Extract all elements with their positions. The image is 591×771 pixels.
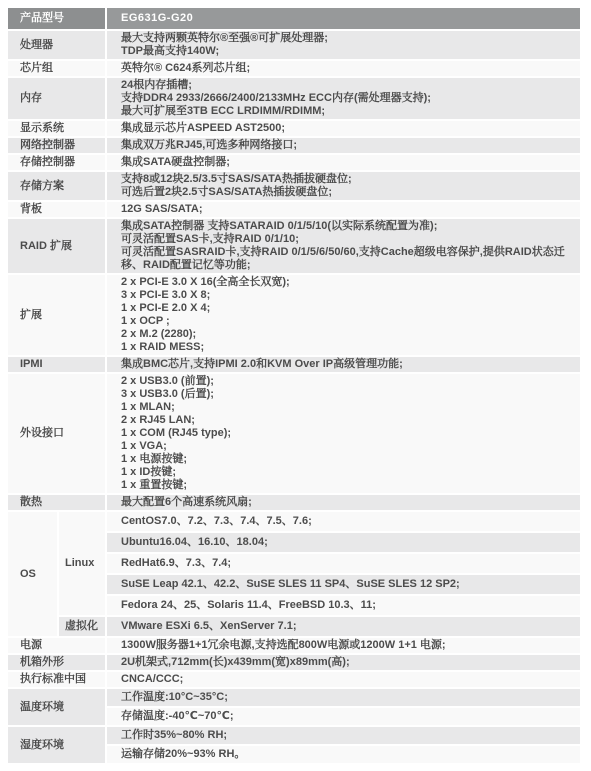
value-line: 最大可扩展至3TB ECC LRDIMM/RDIMM; xyxy=(121,105,572,118)
row-value: 12G SAS/SATA; xyxy=(107,202,580,217)
row-value: 最大配置6个高速系统风扇; xyxy=(107,495,580,510)
spec-row: 外设接口2 x USB3.0 (前置);3 x USB3.0 (后置);1 x … xyxy=(8,374,580,493)
os-value-subrow: Ubuntu16.04、16.10、18.04; xyxy=(107,533,580,552)
row-label: 散热 xyxy=(8,495,105,510)
value-line: 可选后置2块2.5寸SAS/SATA热插拔硬盘位; xyxy=(121,186,572,199)
value-line: 2U机架式,712mm(长)x439mm(宽)x89mm(高); xyxy=(121,656,572,669)
row-value: 最大支持两颗英特尔®至强®可扩展处理器;TDP最高支持140W; xyxy=(107,31,580,59)
value-subrow: 存储温度:-40℃~70℃; xyxy=(107,708,580,725)
row-label: 执行标准中国 xyxy=(8,672,105,687)
value-line: 1 x 重置按键; xyxy=(121,479,572,492)
os-group-label: 虚拟化 xyxy=(59,617,105,636)
value-line: 1 x ID按键; xyxy=(121,466,572,479)
row-subrows: 工作温度:10°C~35°C;存储温度:-40℃~70℃; xyxy=(107,689,580,725)
spec-row: 显示系统集成显示芯片ASPEED AST2500; xyxy=(8,121,580,136)
row-label: 处理器 xyxy=(8,31,105,59)
os-group-rows: VMware ESXi 6.5、XenServer 7.1; xyxy=(107,617,580,636)
os-value-subrow: SuSE Leap 42.1、42.2、SuSE SLES 11 SP4、SuS… xyxy=(107,575,580,594)
row-label: 温度环境 xyxy=(8,689,105,725)
row-label: 内存 xyxy=(8,78,105,119)
row-label: 电源 xyxy=(8,638,105,653)
value-line: 1 x 电源按键; xyxy=(121,453,572,466)
spec-row: 机箱外形2U机架式,712mm(长)x439mm(宽)x89mm(高); xyxy=(8,655,580,670)
spec-row: 处理器最大支持两颗英特尔®至强®可扩展处理器;TDP最高支持140W; xyxy=(8,31,580,59)
row-label: 显示系统 xyxy=(8,121,105,136)
row-value: 2 x PCI-E 3.0 X 16(全高全长双宽);3 x PCI-E 3.0… xyxy=(107,275,580,355)
spec-row: 网络控制器集成双万兆RJ45,可选多种网络接口; xyxy=(8,138,580,153)
spec-row: 芯片组英特尔® C624系列芯片组; xyxy=(8,61,580,76)
spec-row: OSLinuxCentOS7.0、7.2、7.3、7.4、7.5、7.6;Ubu… xyxy=(8,512,580,636)
product-spec-table: 产品型号 EG631G-G20 处理器最大支持两颗英特尔®至强®可扩展处理器;T… xyxy=(8,8,580,763)
row-label: 芯片组 xyxy=(8,61,105,76)
os-group-rows: CentOS7.0、7.2、7.3、7.4、7.5、7.6;Ubuntu16.0… xyxy=(107,512,580,615)
value-line: 24根内存插槽; xyxy=(121,79,572,92)
spec-row: 存储控制器集成SATA硬盘控制器; xyxy=(8,155,580,170)
value-line: 集成SATA硬盘控制器; xyxy=(121,156,572,169)
value-line: CNCA/CCC; xyxy=(121,673,572,686)
value-line: 集成显示芯片ASPEED AST2500; xyxy=(121,122,572,135)
row-value: 集成BMC芯片,支持IPMI 2.0和KVM Over IP高级管理功能; xyxy=(107,357,580,372)
spec-row: RAID 扩展集成SATA控制器 支持SATARAID 0/1/5/10(以实际… xyxy=(8,219,580,273)
os-row-label: OS xyxy=(8,512,57,636)
spec-row: 背板12G SAS/SATA; xyxy=(8,202,580,217)
value-line: 2 x M.2 (2280); xyxy=(121,328,572,341)
os-value-subrow: VMware ESXi 6.5、XenServer 7.1; xyxy=(107,617,580,636)
value-line: 集成双万兆RJ45,可选多种网络接口; xyxy=(121,139,572,152)
row-value: 英特尔® C624系列芯片组; xyxy=(107,61,580,76)
value-subrow: 工作时35%~80% RH; xyxy=(107,727,580,744)
value-line: 2 x RJ45 LAN; xyxy=(121,414,572,427)
row-value: 2 x USB3.0 (前置);3 x USB3.0 (后置);1 x MLAN… xyxy=(107,374,580,493)
row-value: 1300W服务器1+1冗余电源,支持选配800W电源或1200W 1+1 电源; xyxy=(107,638,580,653)
spec-row: 散热最大配置6个高速系统风扇; xyxy=(8,495,580,510)
spec-row: IPMI集成BMC芯片,支持IPMI 2.0和KVM Over IP高级管理功能… xyxy=(8,357,580,372)
os-group: LinuxCentOS7.0、7.2、7.3、7.4、7.5、7.6;Ubunt… xyxy=(59,512,580,615)
value-line: 1 x VGA; xyxy=(121,440,572,453)
value-line: 1 x MLAN; xyxy=(121,401,572,414)
row-label: RAID 扩展 xyxy=(8,219,105,273)
spec-row: 执行标准中国CNCA/CCC; xyxy=(8,672,580,687)
row-label: 存储控制器 xyxy=(8,155,105,170)
row-label: 湿度环境 xyxy=(8,727,105,763)
value-line: 3 x USB3.0 (后置); xyxy=(121,388,572,401)
spec-row: 内存24根内存插槽;支持DDR4 2933/2666/2400/2133MHz … xyxy=(8,78,580,119)
value-line: 1 x OCP ; xyxy=(121,315,572,328)
product-model-value: EG631G-G20 xyxy=(107,8,580,29)
value-subrow: 工作温度:10°C~35°C; xyxy=(107,689,580,706)
row-value: 24根内存插槽;支持DDR4 2933/2666/2400/2133MHz EC… xyxy=(107,78,580,119)
value-line: 2 x USB3.0 (前置); xyxy=(121,375,572,388)
os-value-subrow: CentOS7.0、7.2、7.3、7.4、7.5、7.6; xyxy=(107,512,580,531)
value-line: 集成BMC芯片,支持IPMI 2.0和KVM Over IP高级管理功能; xyxy=(121,358,572,371)
value-line: 最大配置6个高速系统风扇; xyxy=(121,496,572,509)
os-value-subrow: Fedora 24、25、Solaris 11.4、FreeBSD 10.3、1… xyxy=(107,596,580,615)
row-label: 背板 xyxy=(8,202,105,217)
os-value-subrow: RedHat6.9、7.3、7.4; xyxy=(107,554,580,573)
spec-row: 电源1300W服务器1+1冗余电源,支持选配800W电源或1200W 1+1 电… xyxy=(8,638,580,653)
row-value: 集成显示芯片ASPEED AST2500; xyxy=(107,121,580,136)
row-value: 2U机架式,712mm(长)x439mm(宽)x89mm(高); xyxy=(107,655,580,670)
value-line: 3 x PCI-E 3.0 X 8; xyxy=(121,289,572,302)
value-line: 1 x RAID MESS; xyxy=(121,341,572,354)
value-line: 集成SATA控制器 支持SATARAID 0/1/5/10(以实际系统配置为准)… xyxy=(121,220,572,233)
row-value: 集成双万兆RJ45,可选多种网络接口; xyxy=(107,138,580,153)
row-label: IPMI xyxy=(8,357,105,372)
value-line: 1300W服务器1+1冗余电源,支持选配800W电源或1200W 1+1 电源; xyxy=(121,639,572,652)
value-line: 12G SAS/SATA; xyxy=(121,203,572,216)
value-line: TDP最高支持140W; xyxy=(121,45,572,58)
row-value: 集成SATA硬盘控制器; xyxy=(107,155,580,170)
row-value: CNCA/CCC; xyxy=(107,672,580,687)
value-line: 支持8或12块2.5/3.5寸SAS/SATA热插拔硬盘位; xyxy=(121,173,572,186)
value-line: 可灵活配置SASRAID卡,支持RAID 0/1/5/6/50/60,支持Cac… xyxy=(121,246,572,272)
value-line: 最大支持两颗英特尔®至强®可扩展处理器; xyxy=(121,32,572,45)
row-label: 机箱外形 xyxy=(8,655,105,670)
spec-row: 存储方案支持8或12块2.5/3.5寸SAS/SATA热插拔硬盘位;可选后置2块… xyxy=(8,172,580,200)
os-groups: LinuxCentOS7.0、7.2、7.3、7.4、7.5、7.6;Ubunt… xyxy=(59,512,580,636)
row-subrows: 工作时35%~80% RH;运输存储20%~93% RH。 xyxy=(107,727,580,763)
value-line: 英特尔® C624系列芯片组; xyxy=(121,62,572,75)
row-label: 扩展 xyxy=(8,275,105,355)
row-label: 网络控制器 xyxy=(8,138,105,153)
os-group-label: Linux xyxy=(59,512,105,615)
table-header-row: 产品型号 EG631G-G20 xyxy=(8,8,580,29)
row-label: 存储方案 xyxy=(8,172,105,200)
value-line: 2 x PCI-E 3.0 X 16(全高全长双宽); xyxy=(121,276,572,289)
spec-row: 温度环境工作温度:10°C~35°C;存储温度:-40℃~70℃; xyxy=(8,689,580,725)
value-subrow: 运输存储20%~93% RH。 xyxy=(107,746,580,763)
value-line: 可灵活配置SAS卡,支持RAID 0/1/10; xyxy=(121,233,572,246)
row-value: 支持8或12块2.5/3.5寸SAS/SATA热插拔硬盘位;可选后置2块2.5寸… xyxy=(107,172,580,200)
row-label: 外设接口 xyxy=(8,374,105,493)
row-value: 集成SATA控制器 支持SATARAID 0/1/5/10(以实际系统配置为准)… xyxy=(107,219,580,273)
spec-row: 扩展2 x PCI-E 3.0 X 16(全高全长双宽);3 x PCI-E 3… xyxy=(8,275,580,355)
spec-row: 湿度环境工作时35%~80% RH;运输存储20%~93% RH。 xyxy=(8,727,580,763)
product-model-header-label: 产品型号 xyxy=(8,8,105,29)
os-group: 虚拟化VMware ESXi 6.5、XenServer 7.1; xyxy=(59,617,580,636)
value-line: 1 x PCI-E 2.0 X 4; xyxy=(121,302,572,315)
spec-rows-container: 处理器最大支持两颗英特尔®至强®可扩展处理器;TDP最高支持140W;芯片组英特… xyxy=(8,31,580,763)
value-line: 1 x COM (RJ45 type); xyxy=(121,427,572,440)
value-line: 支持DDR4 2933/2666/2400/2133MHz ECC内存(需处理器… xyxy=(121,92,572,105)
